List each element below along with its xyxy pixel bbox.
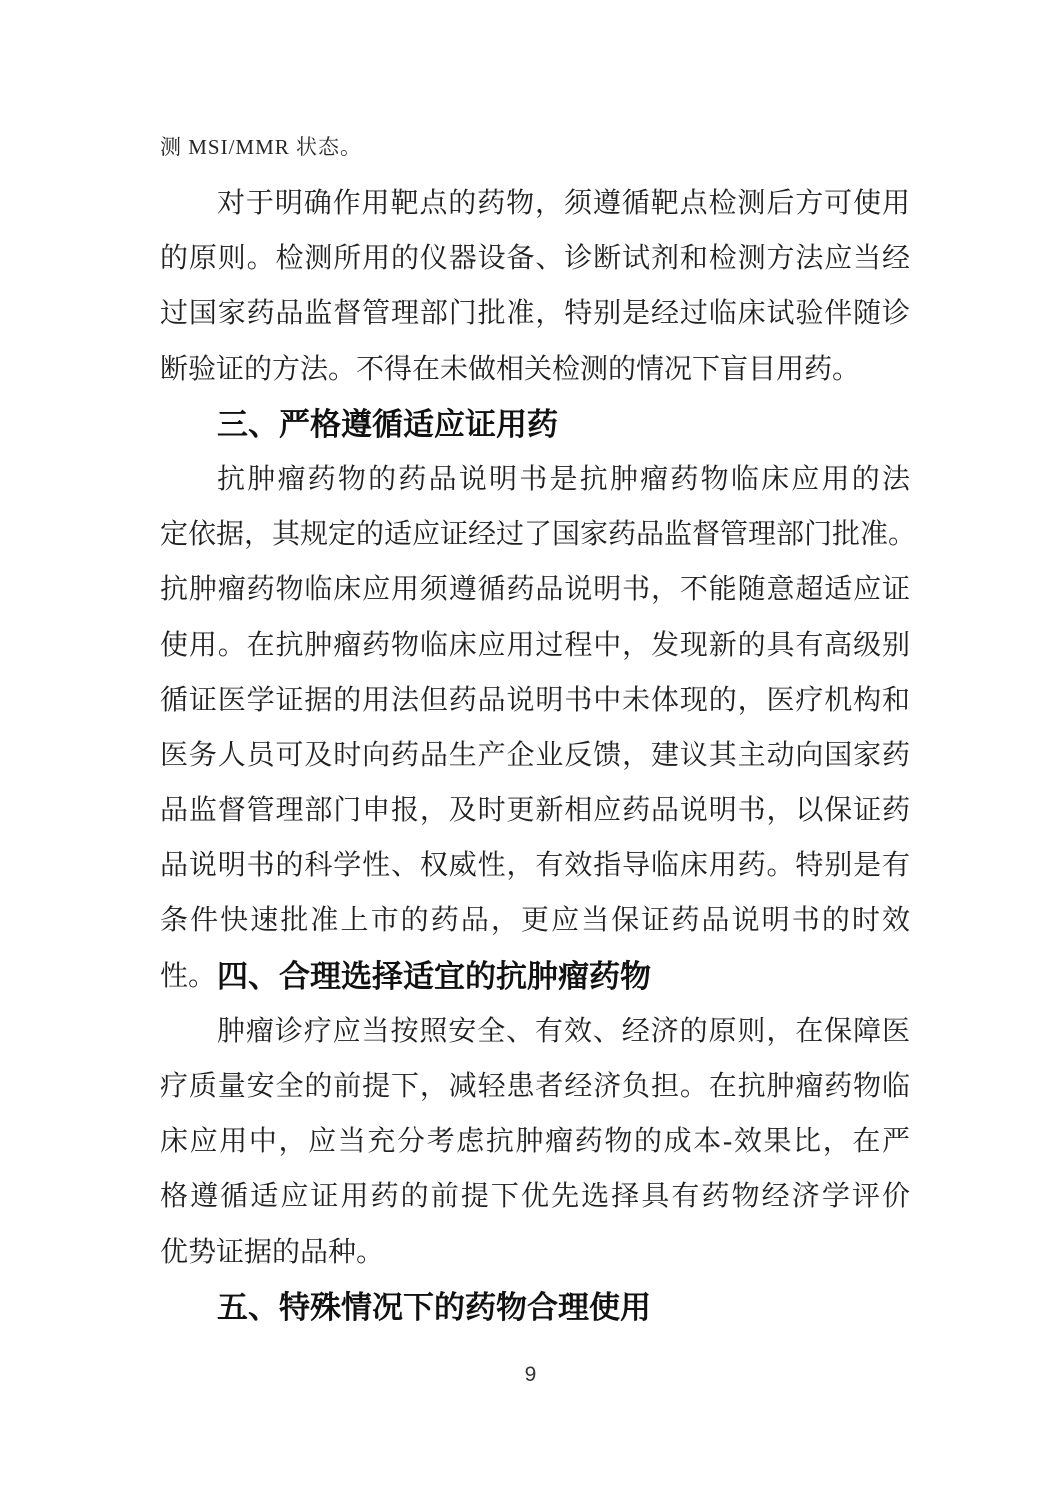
body-line: 的原则。检测所用的仪器设备、诊断试剂和检测方法应当经 [160,231,910,286]
body-line: 定依据，其规定的适应证经过了国家药品监督管理部门批准。 [160,507,910,562]
body-line: 医务人员可及时向药品生产企业反馈，建议其主动向国家药 [160,728,910,783]
body-line: 品说明书的科学性、权威性，有效指导临床用药。特别是有 [160,838,910,893]
body-line: 疗质量安全的前提下，减轻患者经济负担。在抗肿瘤药物临 [160,1059,910,1114]
section-heading-4: 四、合理选择适宜的抗肿瘤药物 [160,949,910,1004]
section-heading-5: 五、特殊情况下的药物合理使用 [160,1280,910,1335]
body-line: 床应用中，应当充分考虑抗肿瘤药物的成本-效果比，在严 [160,1114,910,1169]
page-number: 9 [0,1363,1061,1387]
body-line: 条件快速批准上市的药品，更应当保证药品说明书的时效性。 [160,893,910,948]
body-line: 品监督管理部门申报，及时更新相应药品说明书，以保证药 [160,783,910,838]
body-line: 断验证的方法。不得在未做相关检测的情况下盲目用药。 [160,342,910,397]
body-line: 优势证据的品种。 [160,1225,910,1280]
body-line: 抗肿瘤药物的药品说明书是抗肿瘤药物临床应用的法 [160,452,910,507]
paragraph-target-detection: 对于明确作用靶点的药物，须遵循靶点检测后方可使用 的原则。检测所用的仪器设备、诊… [160,176,910,397]
body-line: 循证医学证据的用法但药品说明书中未体现的，医疗机构和 [160,673,910,728]
body-line: 抗肿瘤药物临床应用须遵循药品说明书，不能随意超适应证 [160,562,910,617]
body-line: 使用。在抗肿瘤药物临床应用过程中，发现新的具有高级别 [160,618,910,673]
section-heading-3: 三、严格遵循适应证用药 [160,397,910,452]
body-line: 格遵循适应证用药的前提下优先选择具有药物经济学评价 [160,1169,910,1224]
body-line: 过国家药品监督管理部门批准，特别是经过临床试验伴随诊 [160,286,910,341]
document-page: 测 MSI/MMR 状态。 对于明确作用靶点的药物，须遵循靶点检测后方可使用 的… [0,0,1061,1500]
paragraph-drug-selection: 肿瘤诊疗应当按照安全、有效、经济的原则，在保障医 疗质量安全的前提下，减轻患者经… [160,1004,910,1280]
body-line: 肿瘤诊疗应当按照安全、有效、经济的原则，在保障医 [160,1004,910,1059]
continuation-line: 测 MSI/MMR 状态。 [160,135,910,159]
body-line: 对于明确作用靶点的药物，须遵循靶点检测后方可使用 [160,176,910,231]
paragraph-indication-compliance: 抗肿瘤药物的药品说明书是抗肿瘤药物临床应用的法 定依据，其规定的适应证经过了国家… [160,452,910,949]
